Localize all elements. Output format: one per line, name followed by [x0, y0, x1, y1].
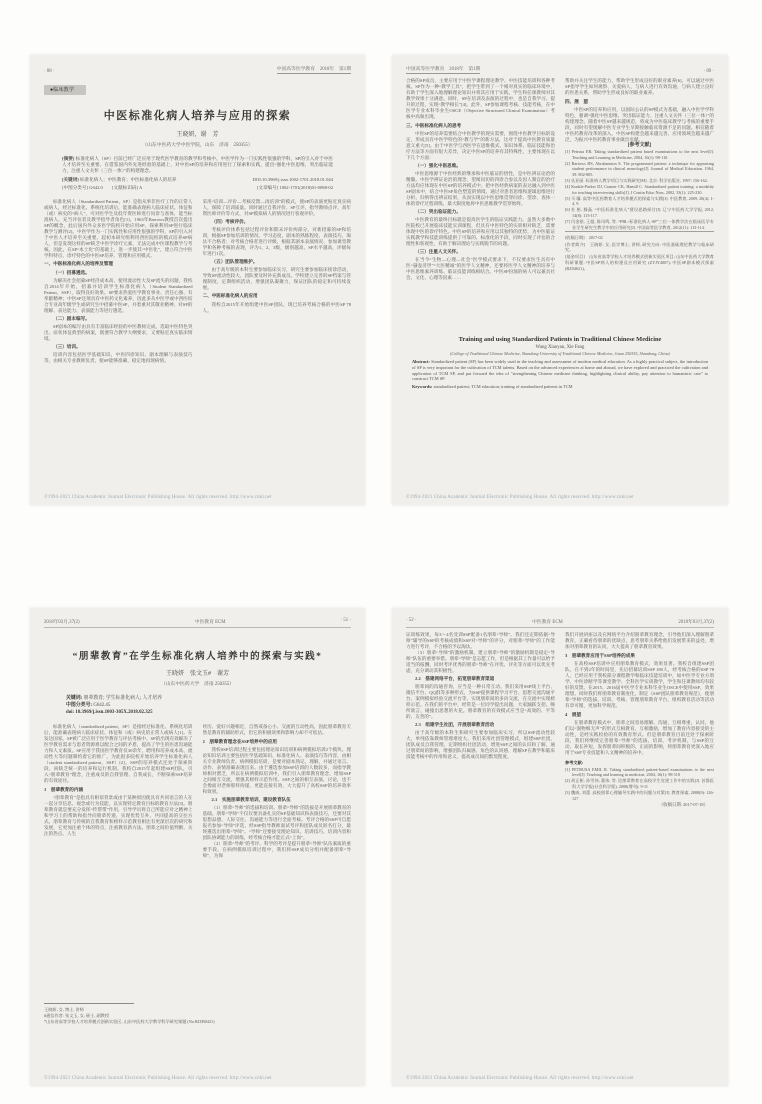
paragraph: 中医SP的培养和应用，以国际公认的SP模式为基础，融入中医学学科特色，强调“强化… — [565, 107, 714, 143]
paragraph: 1 朋辈教育的内涵 — [44, 787, 193, 793]
paragraph: （2）朋辈“导师”的考评。科学的考评是提升朋辈“导师”队伍素质的重要手段。在病例… — [203, 841, 352, 859]
doi: doi: 10.3969/j.issn.1003-305X.2018.02.32… — [66, 710, 153, 715]
journal-name: 中国高等医学教育 2018年 第1期 — [277, 65, 351, 74]
page-header: 中国高等医学教育 2018年 第1期 · 89 · — [406, 65, 714, 74]
page-header: 2018年03月,37(2) 中医教育 ECM · 51 · — [44, 618, 351, 628]
clc-code: G642.45 — [93, 703, 110, 708]
authors: 王晓妍 张文玉# 谢芳 — [44, 668, 351, 677]
reference-item: [4] Konkle-Parker DJ, Cramer CK, Hamill … — [565, 184, 714, 195]
reference-item: [3] 丛亚丽. 标准病人教学项目与实践研究[M]. 北京: 科学出版社, 19… — [565, 178, 714, 184]
reference-item: [6] 杜 彬, 滕晶. “中医标准化病人”建设思路探讨[J]. 辽宁中医药大学… — [565, 207, 714, 218]
left-column: 合格的SP成员，主要应用于中医学课程理论教学、中医技能培训和各种考核。SP作为一… — [406, 78, 555, 330]
page-number: · 51 · — [341, 618, 351, 625]
paragraph: （五）团队管理维护。 — [203, 259, 352, 265]
paragraph: 中医SP的培养需要结合中医教学的现实需要，围绕中医教学目标的设定，形成具有中医学… — [406, 131, 555, 161]
paragraph: 3 朋辈教育应用于SSP培养的成果 — [565, 653, 714, 659]
article-meta: [收稿日期] 2017-02[作者简介] 王晓妍, 女, 医学博士, 讲师, 研… — [565, 231, 714, 272]
paragraph: 经历、爱好兴趣相近，自然戒备心小、交流的互动性高，因此朋辈教育天然是教育的辅助形… — [203, 724, 352, 736]
received-date: （收稿日期: 2017-07-18） — [565, 802, 714, 808]
right-column: 采用“培训—评价—考核反馈—再培训”的模式，使SP的表演更贴近真实病人，保障了培… — [203, 199, 352, 364]
meta-line: [收稿日期] 2017-02 — [565, 235, 714, 241]
left-column: 标准化病人（Standardized Patient，SP）是指从事非医疗工作的… — [44, 199, 193, 364]
paragraph: 二、中医标准化病人的应用 — [203, 293, 352, 299]
paragraph: 培训内容包括医学基础知识、中医四诊知识、剧本理解与表演技巧等，由相关专业教师负责… — [44, 352, 193, 364]
english-abstract-label: Abstract: — [412, 359, 430, 364]
reference-item: [3] 魏威, 刘蕾. 高校朋辈心理辅导实践中的问题与对策[J]. 教育探索, … — [565, 790, 714, 801]
article-info: 关键词: 朋辈教育; 学生标准化病人; 人才培养 中图分类号: G642.45 … — [66, 695, 351, 716]
right-column: 我们开展讲座以及在网络平台介绍朋辈教育理念，引导他们深入理解朋辈教育，正确看待朋… — [565, 632, 714, 1062]
page-number: · 89 · — [704, 69, 714, 74]
keywords-label: 关键词: — [66, 696, 82, 701]
english-affiliation: (College of Traditional Chinese Medicine… — [406, 351, 714, 356]
paragraph: 2.1 实施朋辈教育培训，建设教育队伍 — [203, 797, 352, 803]
results-discussion: 我们开展讲座以及在网络平台介绍朋辈教育理念，引导他们深入理解朋辈教育，正确看待朋… — [565, 632, 714, 756]
paragraph: 合格的SP成员，主要应用于中医学课程理论教学、中医技能培训和各种考核。SP作为一… — [406, 78, 555, 120]
paragraph: 2.3 组建学生社团，开展朋辈教育活动 — [406, 722, 555, 728]
keywords-line: 关键词: 朋辈教育; 学生标准化病人; 人才培养 — [66, 695, 351, 702]
issue-date: 2018年03月,37(2) — [678, 618, 714, 625]
scanned-paper-grid: { "footer": "©1994-2021 China Academic J… — [0, 0, 762, 1104]
body-columns: 证训练效果，每3～4名受训SSP配备1名朋辈“导师”。我们还定期依据“导师”辅导… — [406, 632, 714, 1062]
journal-name: 中国高等医学教育 2018年 第1期 — [406, 65, 480, 74]
body-columns: 合格的SP成员，主要应用于中医学课程理论教学、中医技能培训和各种考核。SP作为一… — [406, 78, 714, 330]
page-header: · 52 · 中医教育 ECM 2018年03月,37(2) — [406, 618, 714, 628]
paragraph: 一、中医标准化病人的培养及管理 — [44, 261, 193, 267]
paragraph: 帮助并关注学生的能力，帮助学生形成良好的职业素养[6]。可以通过中医SP指导学生… — [565, 78, 714, 96]
paragraph: 我们开展讲座以及在网络平台介绍朋辈教育理念，引导他们深入理解朋辈教育，正确看待朋… — [565, 632, 714, 650]
reference-item: [1] PETRUSA EMIL R. Taking standardized … — [565, 767, 714, 778]
paragraph: 由于高年级的本科生和研究生要参加临床实习，所以SSP流动性较大，单纯依靠教师管理… — [406, 730, 555, 760]
reference-item: [2] Barrows HS, Abrahamson S. The progra… — [565, 161, 714, 178]
page-51: 2018年03月,37(2) 中医教育 ECM · 51 · “朋辈教育”在学生… — [30, 608, 365, 1086]
paragraph: （1）朋辈“导师”的选拔和培训。朋辈“导师”的选拔是开展朋辈教育的基础。朋辈“导… — [203, 805, 352, 841]
reference-item: [5] 马 骥. 高等中医药教育人才培养模式的探索与实践[J]. 中医教育, 2… — [565, 196, 714, 207]
article-title: 中医标准化病人培养与应用的探索 — [44, 107, 351, 123]
english-abstract-block: Training and using Standardized Patients… — [406, 336, 714, 390]
article-title: “朋辈教育”在学生标准化病人培养中的探索与实践* — [44, 648, 351, 662]
article-number: [文章编号] 1002-1701(2018)01-0088-02 — [257, 185, 333, 191]
paragraph: SP剧本的编写由具有丰富临床经验的中医教师完成，选取中医特色突出、症状体征典型的… — [44, 324, 193, 342]
footnote-block: 王晓妍, 女, 博士, 讲师#通信作者: 张文玉, 女, 硕士, 副教授*山东省… — [44, 1003, 351, 1024]
cnki-footer: ©1994-2021 China Academic Journal Electr… — [406, 495, 714, 500]
page-88: · 88 · 中国高等医学教育 2018年 第1期 ●临床教学 中医标准化病人培… — [30, 55, 365, 505]
english-keywords-label: Keywords: — [412, 384, 433, 389]
paragraph: 由于高年级的本科生要参加临床实习，研究生要参加临床接诊活动，导致SP流动性较大，… — [203, 267, 352, 291]
paragraph: （三）注重人文关怀。 — [406, 249, 555, 255]
left-column: 标准化病人（standardized patient，SP）是指经过标准化、系统… — [44, 724, 193, 999]
cnki-footer: ©1994-2021 China Academic Journal Electr… — [44, 495, 351, 500]
paragraph: 2 朋辈教育理念在SSP培养中的应用 — [203, 739, 352, 745]
paragraph: 为解决社会招募SP经济成本高、使用流动性大及SP流失的问题，我校自2014年开始… — [44, 278, 193, 314]
journal-name: 中医教育 ECM — [532, 618, 563, 625]
references-list: [1] PETRUSA EMIL R. Taking standardized … — [565, 767, 714, 802]
body-columns: 标准化病人（standardized patient，SP）是指经过标准化、系统… — [44, 724, 351, 999]
keywords-line: [关键词] 标准化病人；中医教育；中医标准化病人的培养 DOI:10.3969/… — [62, 177, 333, 183]
discussion: 帮助并关注学生的能力，帮助学生形成良好的职业素养[6]。可以通过中医SP指导学生… — [565, 78, 714, 143]
paragraph: 我校SSP培训过程主要包括理论知识培训和病例模拟培训2个模块。理论知识培训主要包… — [203, 747, 352, 795]
doi: DOI:10.3969/j.issn.1002-1701.2018.01.044 — [253, 177, 333, 183]
paragraph: （一）强化中医思维。 — [406, 163, 555, 169]
paragraph: 我校自2015年开始组建中医SP团队，现已培养考核合格的中医SP 78人。 — [203, 302, 352, 314]
footnote-rule — [44, 1003, 134, 1004]
paragraph: （3）朋辈“导师”的激励机制。建立朋辈“导师”的激励机制是稳定“导师”队伍的重要… — [406, 650, 555, 674]
left-column: 证训练效果，每3～4名受训SSP配备1名朋辈“导师”。我们还定期依据“导师”辅导… — [406, 632, 555, 1062]
page-52: · 52 · 中医教育 ECM 2018年03月,37(2) 证训练效果，每3～… — [392, 608, 728, 1086]
affiliation: （山东中医药大学 济南 250355） — [44, 680, 351, 687]
english-keywords-text: standardized patient; TCM education; tra… — [434, 384, 573, 389]
paragraph: 考核评价体系包括过程评价和期末评价两部分。对新招募的SP和培训，根据SP参加培训… — [203, 227, 352, 257]
clc-code: [中图分类号] G642.0 [文献标识码] A — [62, 185, 142, 191]
right-column: 经历、爱好兴趣相近，自然戒备心小、交流的互动性高，因此朋辈教育天然是教育的辅助形… — [203, 724, 352, 999]
paragraph: （四）考核评价。 — [203, 219, 352, 225]
english-abstract-text: Standardized patient (SP) has been widel… — [412, 359, 708, 381]
paragraph: 标准化病人（Standardized Patient，SP）是指从事非医疗工作的… — [44, 199, 193, 259]
paragraph: 采用“培训—评价—考核反馈—再培训”的模式，使SP的表演更贴近真实病人，保障了培… — [203, 199, 352, 217]
paragraph: “朋辈教育”是指具有相似背景或由于某种原因使具有共同语言的人在一起分享信息、观念… — [44, 795, 193, 837]
page-89: 中国高等医学教育 2018年 第1期 · 89 · 合格的SP成员，主要应用于中… — [392, 55, 728, 505]
reference-item: [1] Petrusa ER. Taking standardized pati… — [565, 149, 714, 160]
paragraph: （二）剧本编写。 — [44, 316, 193, 322]
keywords: [关键词] 标准化病人；中医教育；中医标准化病人的培养 — [62, 177, 176, 183]
paragraph: 三、中医标准化病人的思考 — [406, 123, 555, 129]
paragraph: 在高校SSP培训中应用朋辈教育模式，效果显著。我校自组建SSP团队，在不到2年的… — [565, 661, 714, 709]
reference-item: [2] 胡正彬, 孙雪伟, 董伟, 等. 论朋辈教育在高校学生党建工作中的实践[… — [565, 778, 714, 789]
doi-line: doi: 10.3969/j.issn.1003-305X.2018.02.32… — [66, 709, 351, 716]
references-list: [1] Petrusa ER. Taking standardized pati… — [565, 149, 714, 230]
keywords-text: 标准化病人；中医教育；中医标准化病人的培养 — [80, 177, 176, 182]
keywords-text: 朋辈教育; 学生标准化病人; 人才培养 — [84, 696, 163, 701]
paragraph: （三）培训。 — [44, 344, 193, 350]
paragraph: 证训练效果，每3～4名受训SSP配备1名朋辈“导师”。我们还定期依据“导师”辅导… — [406, 632, 555, 650]
paragraph: 4 展望 — [565, 712, 714, 718]
page-header: · 88 · 中国高等医学教育 2018年 第1期 — [44, 65, 351, 74]
keywords-label: [关键词] — [62, 177, 79, 182]
clc-label: 中图分类号: — [66, 703, 92, 708]
paragraph: 四、展 望 — [565, 99, 714, 105]
paragraph: 在朋辈教育模式中，朋辈之间容易理解、沟通，互相尊重、认同，他们以“润物细无声”的… — [565, 720, 714, 756]
references-block: 参考文献: [1] PETRUSA EMIL R. Taking standar… — [565, 760, 714, 801]
authors: 王晓妍，谢 芳 — [44, 129, 351, 138]
body-columns: 标准化病人（Standardized Patient，SP）是指从事非医疗工作的… — [44, 199, 351, 364]
journal-name: 中医教育 ECM — [195, 618, 226, 625]
section-tag: ●临床教学 — [44, 85, 86, 95]
paragraph: 2.2 搭建网络平台，拓宽朋辈教育渠道 — [406, 676, 555, 682]
footnote-line: *山东省高等学校人才培养模式创新实验区, 山东中医药大学教学科学研究课题 (No… — [44, 1019, 351, 1025]
references-title: 参考文献: — [565, 760, 714, 766]
abstract-text: 标准化病人（SP）目前已经广泛应用于现代医学教育的教学和考核中。中医学作为一门实… — [62, 156, 333, 173]
paragraph: 在当今“生物—心理—社会”医学模式要求下，不仅要求医生具有中医“悬壶济世”“大医… — [406, 257, 555, 281]
right-column: 帮助并关注学生的能力，帮助学生形成良好的职业素养[6]。可以通过中医SP指导学生… — [565, 78, 714, 330]
paragraph: 标准化病人（standardized patient，SP）是指经过标准化、系统… — [44, 724, 193, 784]
english-title: Training and using Standardized Patients… — [406, 336, 714, 343]
english-abstract: Abstract: Standardized patient (SP) has … — [412, 359, 708, 382]
reference-item: [7] 闫金银, 王超, 陈凤鸣, 等. “PBL-标准化病人-SP”三位一体教… — [565, 219, 714, 230]
cnki-footer: ©1994-2021 China Academic Journal Electr… — [44, 1076, 351, 1081]
cnki-footer: ©1994-2021 China Academic Journal Electr… — [406, 1076, 714, 1081]
meta-line: [基金项目] 山东省高等学校人才培养模式创新实验区项目; 山东中医药大学教育科研… — [565, 254, 714, 271]
footnote-list: 王晓妍, 女, 博士, 讲师#通信作者: 张文玉, 女, 硕士, 副教授*山东省… — [44, 1007, 351, 1024]
abstract: [摘要] 标准化病人（SP）目前已经广泛应用于现代医学教育的教学和考核中。中医学… — [62, 156, 333, 174]
abstract-label: [摘要] — [62, 156, 74, 161]
english-authors: Wang Xiaoyan, Xie Fang — [406, 345, 714, 350]
affiliation: （山东中医药大学中医学院，山东 济南 250355） — [44, 141, 351, 148]
page-number: · 88 · — [44, 69, 54, 74]
classification-line: [中图分类号] G642.0 [文献标识码] A [文章编号] 1002-170… — [62, 185, 333, 191]
paragraph: （二）突出临证能力。 — [406, 209, 555, 215]
paragraph: 中医思维源于中医经典的继承和中医临证的悟性，是中医辨证论治的精髓。中医学辨证论治… — [406, 171, 555, 207]
paragraph: （一）招募遴选。 — [44, 270, 193, 276]
clc-line: 中图分类号: G642.45 — [66, 702, 351, 709]
issue-date: 2018年03月,37(2) — [44, 618, 80, 625]
paragraph: 中医教育的最终目标就是提高医学生的临证实践能力。虽然大多数中医院校已开展临床技能… — [406, 217, 555, 247]
paragraph: 朋辈间的沟通咨询，应当是一种日常互动。我们采用SSP线上平台、微信平台、QQ群等… — [406, 684, 555, 720]
english-keywords: Keywords: standardized patient; TCM educ… — [412, 384, 708, 390]
page-number: · 52 · — [406, 618, 416, 625]
meta-line: [作者简介] 王晓妍, 女, 医学博士, 讲师, 研究方向: 中医基础理论教学与… — [565, 242, 714, 254]
